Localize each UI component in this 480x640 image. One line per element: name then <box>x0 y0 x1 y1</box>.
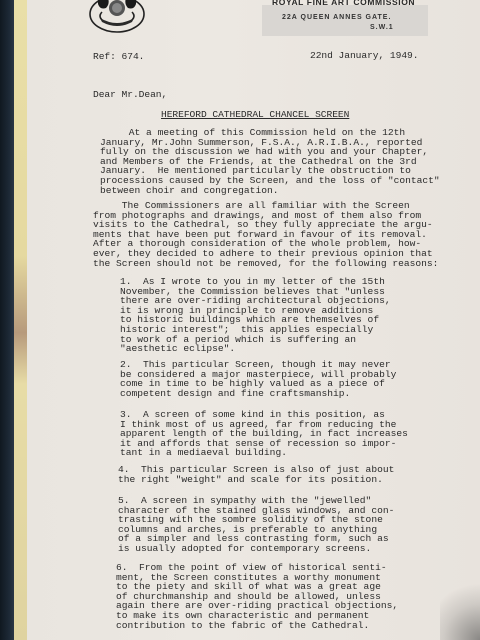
reason-item-6: 6. From the point of view of historical … <box>116 563 398 630</box>
paragraph-commission-decision: The Commissioners are all familiar with … <box>93 201 438 268</box>
binder-spine <box>0 0 14 640</box>
paragraph-meeting-report: At a meeting of this Commission held on … <box>100 128 440 195</box>
page-edge-strip <box>14 0 28 640</box>
letterhead-address-street: 22A QUEEN ANNES GATE. <box>282 14 391 21</box>
reason-item-3: 3. A screen of some kind in this positio… <box>120 410 408 458</box>
reason-item-5: 5. A screen in sympathy with the "jewell… <box>118 496 394 554</box>
royal-crest-icon <box>88 0 146 34</box>
subject-heading: HEREFORD CATHEDRAL CHANCEL SCREEN <box>161 110 349 120</box>
reason-item-2: 2. This particular Screen, though it may… <box>120 360 396 398</box>
reference-number: Ref: 674. <box>93 52 144 62</box>
reason-item-1: 1. As I wrote to you in my letter of the… <box>120 277 391 354</box>
salutation: Dear Mr.Dean, <box>93 90 167 100</box>
letterhead-address-district: S.W.1 <box>370 24 394 31</box>
reason-item-4: 4. This particular Screen is also of jus… <box>118 465 394 484</box>
corner-shadow <box>440 570 480 640</box>
letter-date: 22nd January, 1949. <box>310 51 418 61</box>
